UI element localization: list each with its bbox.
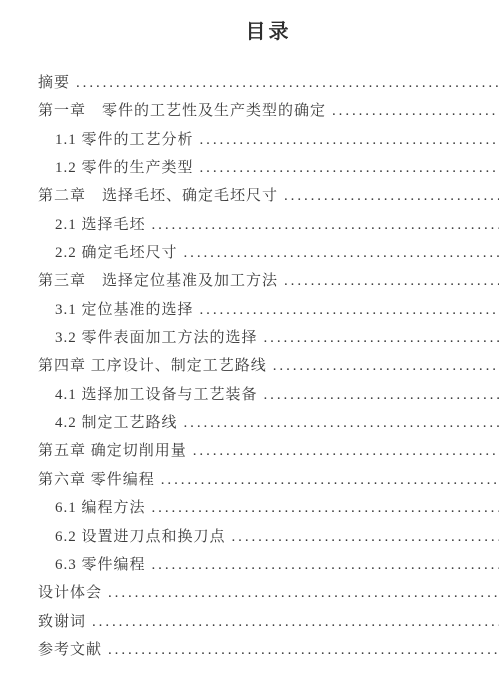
dot-leader: ........................................… (76, 69, 499, 97)
dot-leader: ........................................… (273, 352, 499, 380)
toc-entry: 设计体会....................................… (0, 579, 499, 607)
dot-leader: ........................................… (200, 126, 499, 154)
table-of-contents: 摘要......................................… (0, 69, 499, 664)
dot-leader: ........................................… (152, 551, 499, 579)
toc-entry-label: 致谢词 (38, 608, 86, 636)
toc-entry: 6.3 零件编程................................… (0, 551, 499, 579)
toc-entry-label: 2.2 确定毛坯尺寸 (55, 239, 178, 267)
toc-entry: 3.2 零件表面加工方法的选择.........................… (0, 324, 499, 352)
toc-entry: 2.1 选择毛坯................................… (0, 211, 499, 239)
toc-entry-label: 2.1 选择毛坯 (55, 211, 146, 239)
toc-entry-label: 4.1 选择加工设备与工艺装备 (55, 381, 258, 409)
toc-entry-label: 第五章 确定切削用量 (38, 437, 187, 465)
toc-entry-label: 第三章 选择定位基准及加工方法 (38, 267, 278, 295)
dot-leader: ........................................… (108, 579, 499, 607)
toc-entry: 第三章 选择定位基准及加工方法.........................… (0, 267, 499, 295)
dot-leader: ........................................… (152, 494, 499, 522)
dot-leader: ........................................… (184, 239, 499, 267)
toc-entry: 1.1 零件的工艺分析.............................… (0, 126, 499, 154)
toc-entry: 第一章 零件的工艺性及生产类型的确定......................… (0, 97, 499, 125)
toc-entry: 第六章 零件编程................................… (0, 466, 499, 494)
dot-leader: ........................................… (108, 636, 499, 664)
dot-leader: ........................................… (200, 296, 499, 324)
toc-entry: 3.1 定位基准的选择.............................… (0, 296, 499, 324)
toc-entry: 第二章 选择毛坯、确定毛坯尺寸.........................… (0, 182, 499, 210)
dot-leader: ........................................… (284, 267, 499, 295)
toc-entry: 1.2 零件的生产类型.............................… (0, 154, 499, 182)
dot-leader: ........................................… (161, 466, 499, 494)
dot-leader: ........................................… (264, 324, 499, 352)
toc-entry-label: 4.2 制定工艺路线 (55, 409, 178, 437)
toc-entry: 6.1 编程方法................................… (0, 494, 499, 522)
dot-leader: ........................................… (152, 211, 499, 239)
toc-entry: 参考文献....................................… (0, 636, 499, 664)
toc-entry-label: 3.2 零件表面加工方法的选择 (55, 324, 258, 352)
toc-entry-label: 第六章 零件编程 (38, 466, 155, 494)
dot-leader: ........................................… (92, 608, 499, 636)
dot-leader: ........................................… (184, 409, 499, 437)
document-page: 目录 摘要...................................… (0, 0, 499, 683)
toc-entry-label: 3.1 定位基准的选择 (55, 296, 194, 324)
toc-entry: 摘要......................................… (0, 69, 499, 97)
toc-entry: 致谢词.....................................… (0, 608, 499, 636)
toc-entry: 4.1 选择加工设备与工艺装备.........................… (0, 381, 499, 409)
toc-entry-label: 1.1 零件的工艺分析 (55, 126, 194, 154)
toc-entry-label: 6.1 编程方法 (55, 494, 146, 522)
toc-entry-label: 第一章 零件的工艺性及生产类型的确定 (38, 97, 326, 125)
toc-entry-label: 第二章 选择毛坯、确定毛坯尺寸 (38, 182, 278, 210)
toc-entry: 2.2 确定毛坯尺寸..............................… (0, 239, 499, 267)
toc-entry-label: 第四章 工序设计、制定工艺路线 (38, 352, 267, 380)
dot-leader: ........................................… (332, 97, 499, 125)
toc-entry: 4.2 制定工艺路线..............................… (0, 409, 499, 437)
toc-entry: 第四章 工序设计、制定工艺路线.........................… (0, 352, 499, 380)
toc-entry-label: 6.3 零件编程 (55, 551, 146, 579)
toc-entry-label: 1.2 零件的生产类型 (55, 154, 194, 182)
toc-entry-label: 设计体会 (38, 579, 102, 607)
dot-leader: ........................................… (264, 381, 499, 409)
toc-entry-label: 摘要 (38, 69, 70, 97)
dot-leader: ........................................… (200, 154, 499, 182)
toc-entry-label: 6.2 设置进刀点和换刀点 (55, 523, 226, 551)
toc-entry: 第五章 确定切削用量..............................… (0, 437, 499, 465)
toc-entry: 6.2 设置进刀点和换刀点...........................… (0, 523, 499, 551)
dot-leader: ........................................… (284, 182, 499, 210)
page-title: 目录 (38, 20, 499, 44)
toc-entry-label: 参考文献 (38, 636, 102, 664)
dot-leader: ........................................… (193, 437, 499, 465)
dot-leader: ........................................… (232, 523, 499, 551)
